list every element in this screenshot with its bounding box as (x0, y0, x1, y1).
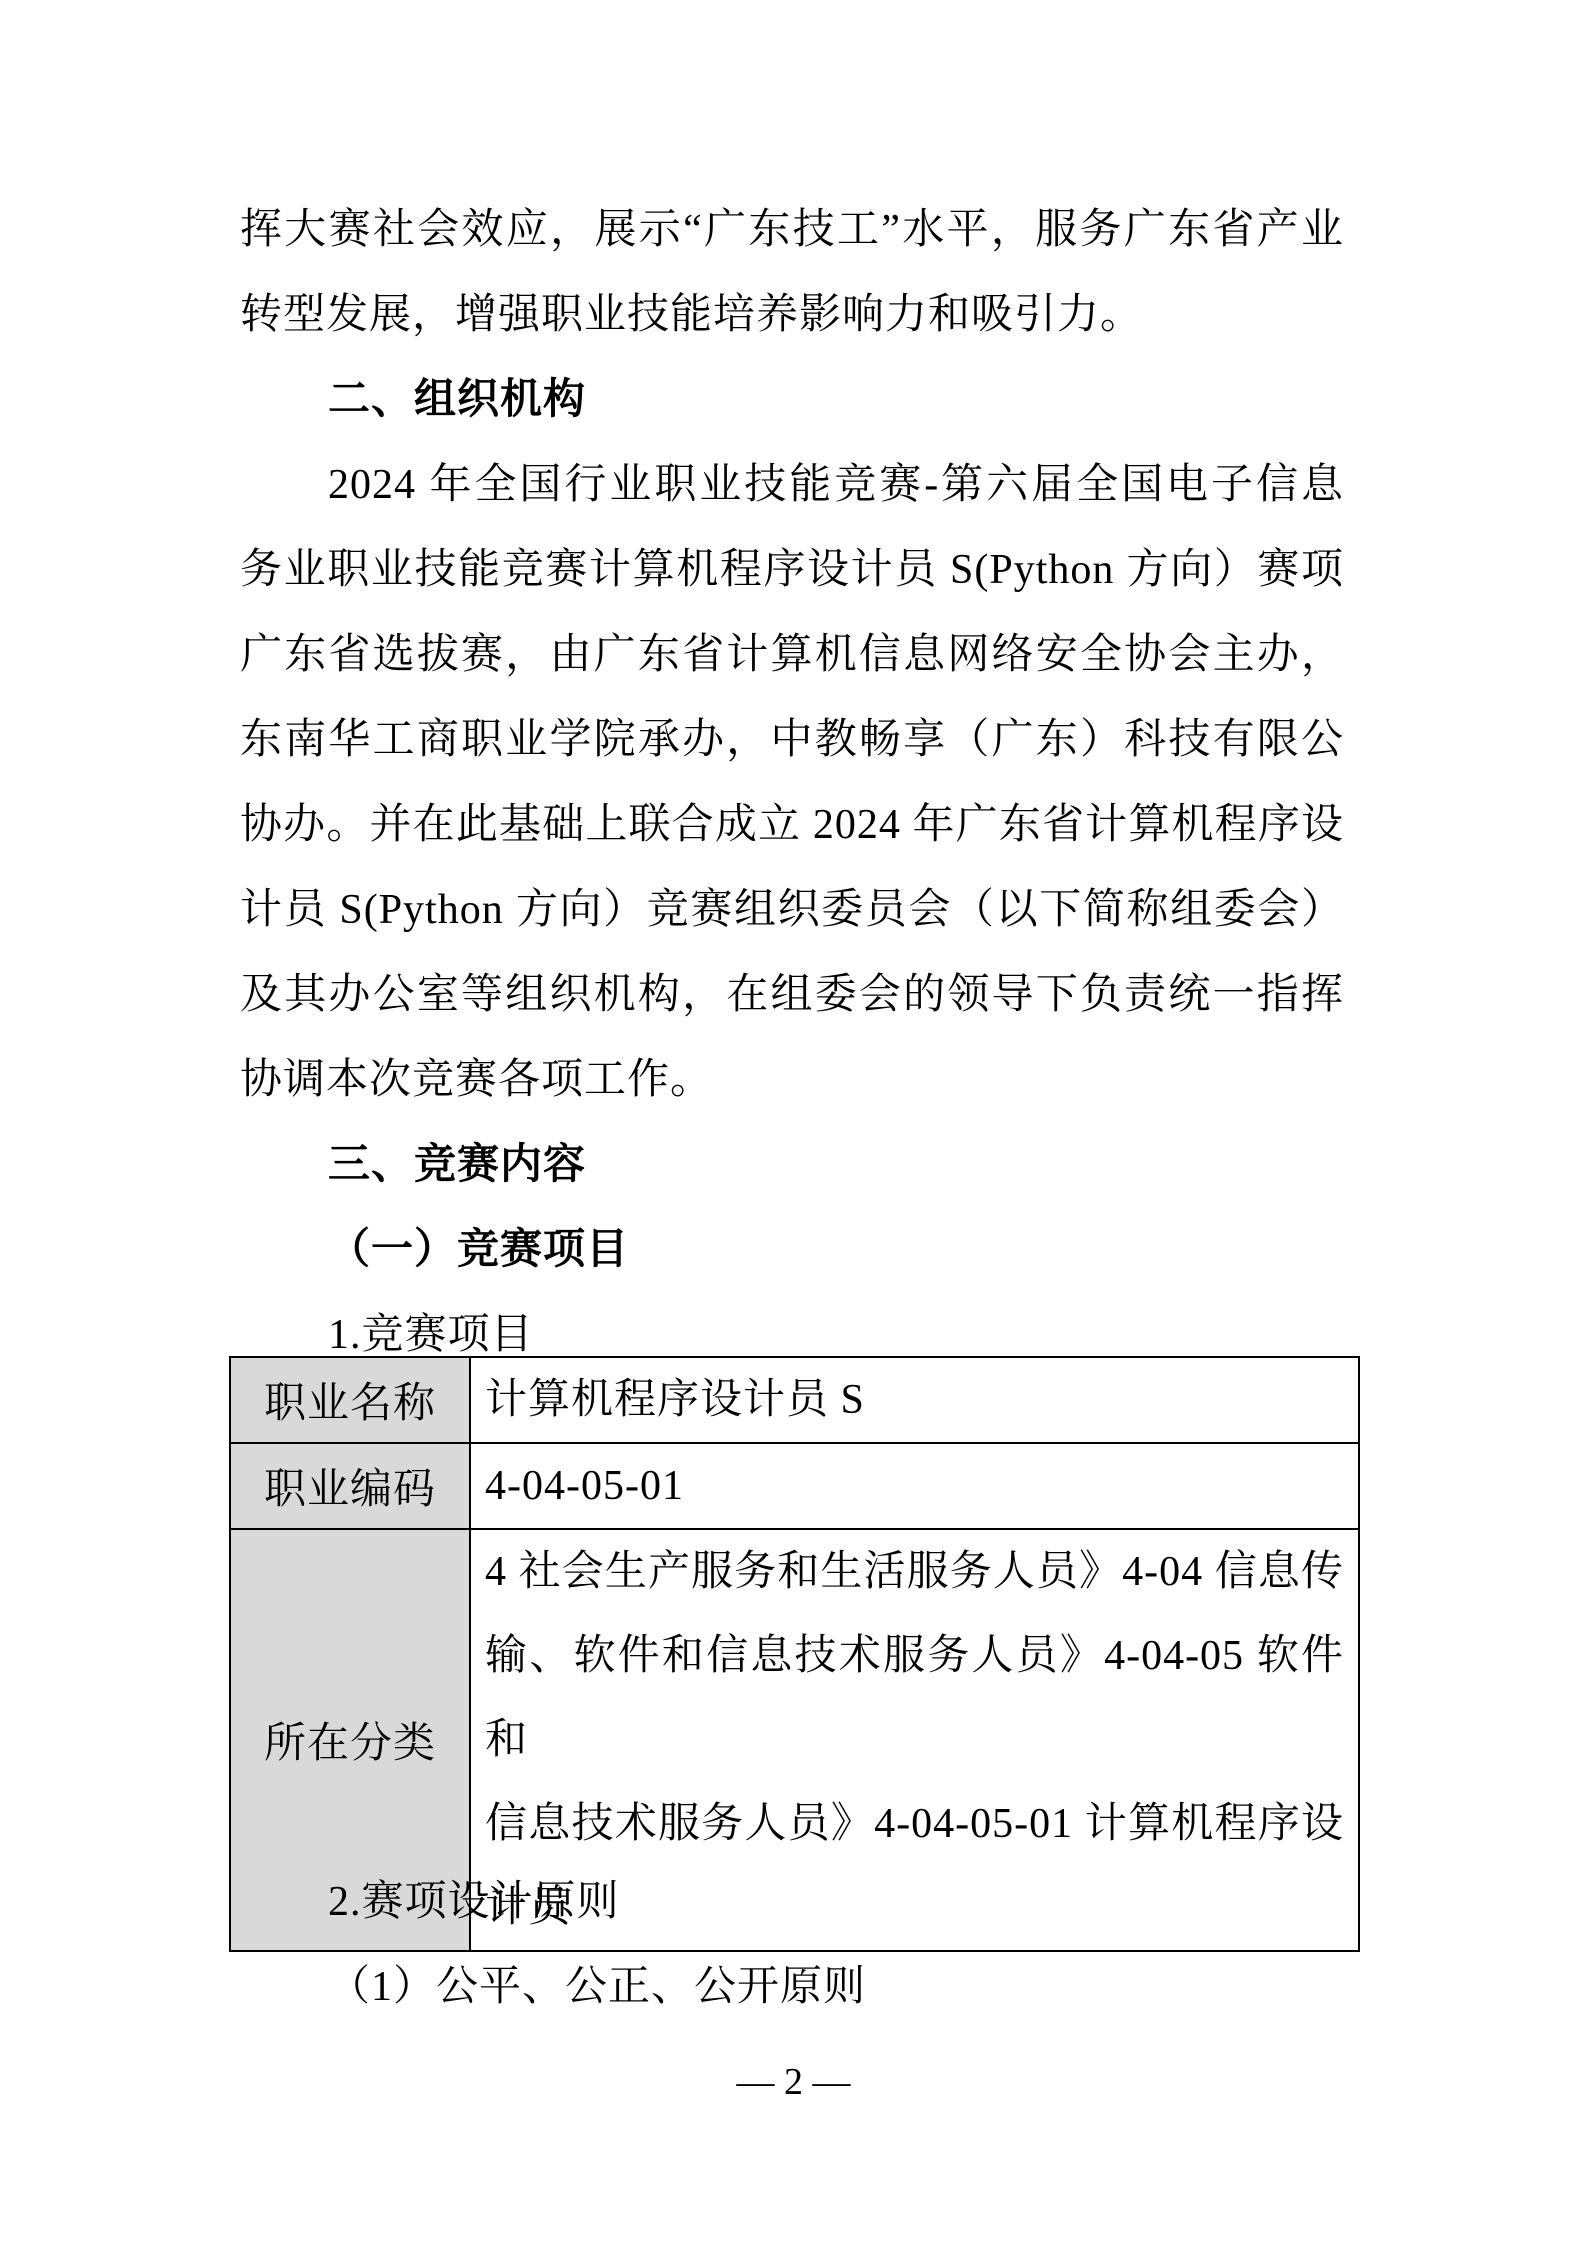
body-line: 及其办公室等组织机构，在组委会的领导下负责统一指挥和 (240, 953, 1344, 1038)
body-line: 东南华工商职业学院承办，中教畅享（广东）科技有限公司 (240, 698, 1344, 783)
document-page: 挥大赛社会效应，展示“广东技工”水平，服务广东省产业 转型发展，增强职业技能培养… (0, 0, 1587, 2245)
table-value-cell: 4-04-05-01 (470, 1443, 1359, 1529)
body-line: 广东省选拔赛，由广东省计算机信息网络安全协会主办，广 (240, 613, 1344, 698)
subsection-heading: （一）竞赛项目 (240, 1208, 1344, 1293)
table-row: 职业编码 4-04-05-01 (230, 1443, 1359, 1529)
table-label-cell-occupation-name: 职业名称 (230, 1357, 470, 1443)
table-value-cell: 计算机程序设计员 S (470, 1357, 1359, 1443)
table-row: 职业名称 计算机程序设计员 S (230, 1357, 1359, 1443)
body-line: 2024 年全国行业职业技能竞赛-第六届全国电子信息服 (240, 443, 1344, 528)
body-line: 协办。并在此基础上联合成立 2024 年广东省计算机程序设 (240, 783, 1344, 868)
document-body-after-table: 2.赛项设计原则 （1）公平、公正、公开原则 (240, 1860, 1344, 2030)
table-value-text: 4 社会生产服务和生活服务人员》4-04 信息传 (485, 1530, 1344, 1614)
body-line: 计员 S(Python 方向）竞赛组织委员会（以下简称组委会） (240, 868, 1344, 953)
section-heading-3: 三、竞赛内容 (240, 1123, 1344, 1208)
table-value-text: 输、软件和信息技术服务人员》4-04-05 软件和 (485, 1614, 1344, 1782)
table-label-cell-occupation-code: 职业编码 (230, 1443, 470, 1529)
table-value-text: 计算机程序设计员 S (485, 1358, 1344, 1442)
table-value-text: 信息技术服务人员》4-04-05-01 计算机程序设 (485, 1782, 1344, 1866)
body-line: 挥大赛社会效应，展示“广东技工”水平，服务广东省产业 (240, 188, 1344, 273)
body-line: 转型发展，增强职业技能培养影响力和吸引力。 (240, 273, 1344, 358)
page-footer: — 2 — (0, 2062, 1587, 2102)
list-item-heading: 2.赛项设计原则 (240, 1860, 1344, 1945)
section-heading-2: 二、组织机构 (240, 358, 1344, 443)
table-value-text: 4-04-05-01 (485, 1444, 1344, 1528)
page-number: — 2 — (737, 2061, 851, 2103)
body-line: 协调本次竞赛各项工作。 (240, 1038, 1344, 1123)
body-line: 务业职业技能竞赛计算机程序设计员 S(Python 方向）赛项 (240, 528, 1344, 613)
list-item-heading: （1）公平、公正、公开原则 (240, 1945, 1344, 2030)
document-body: 挥大赛社会效应，展示“广东技工”水平，服务广东省产业 转型发展，增强职业技能培养… (240, 188, 1344, 1378)
